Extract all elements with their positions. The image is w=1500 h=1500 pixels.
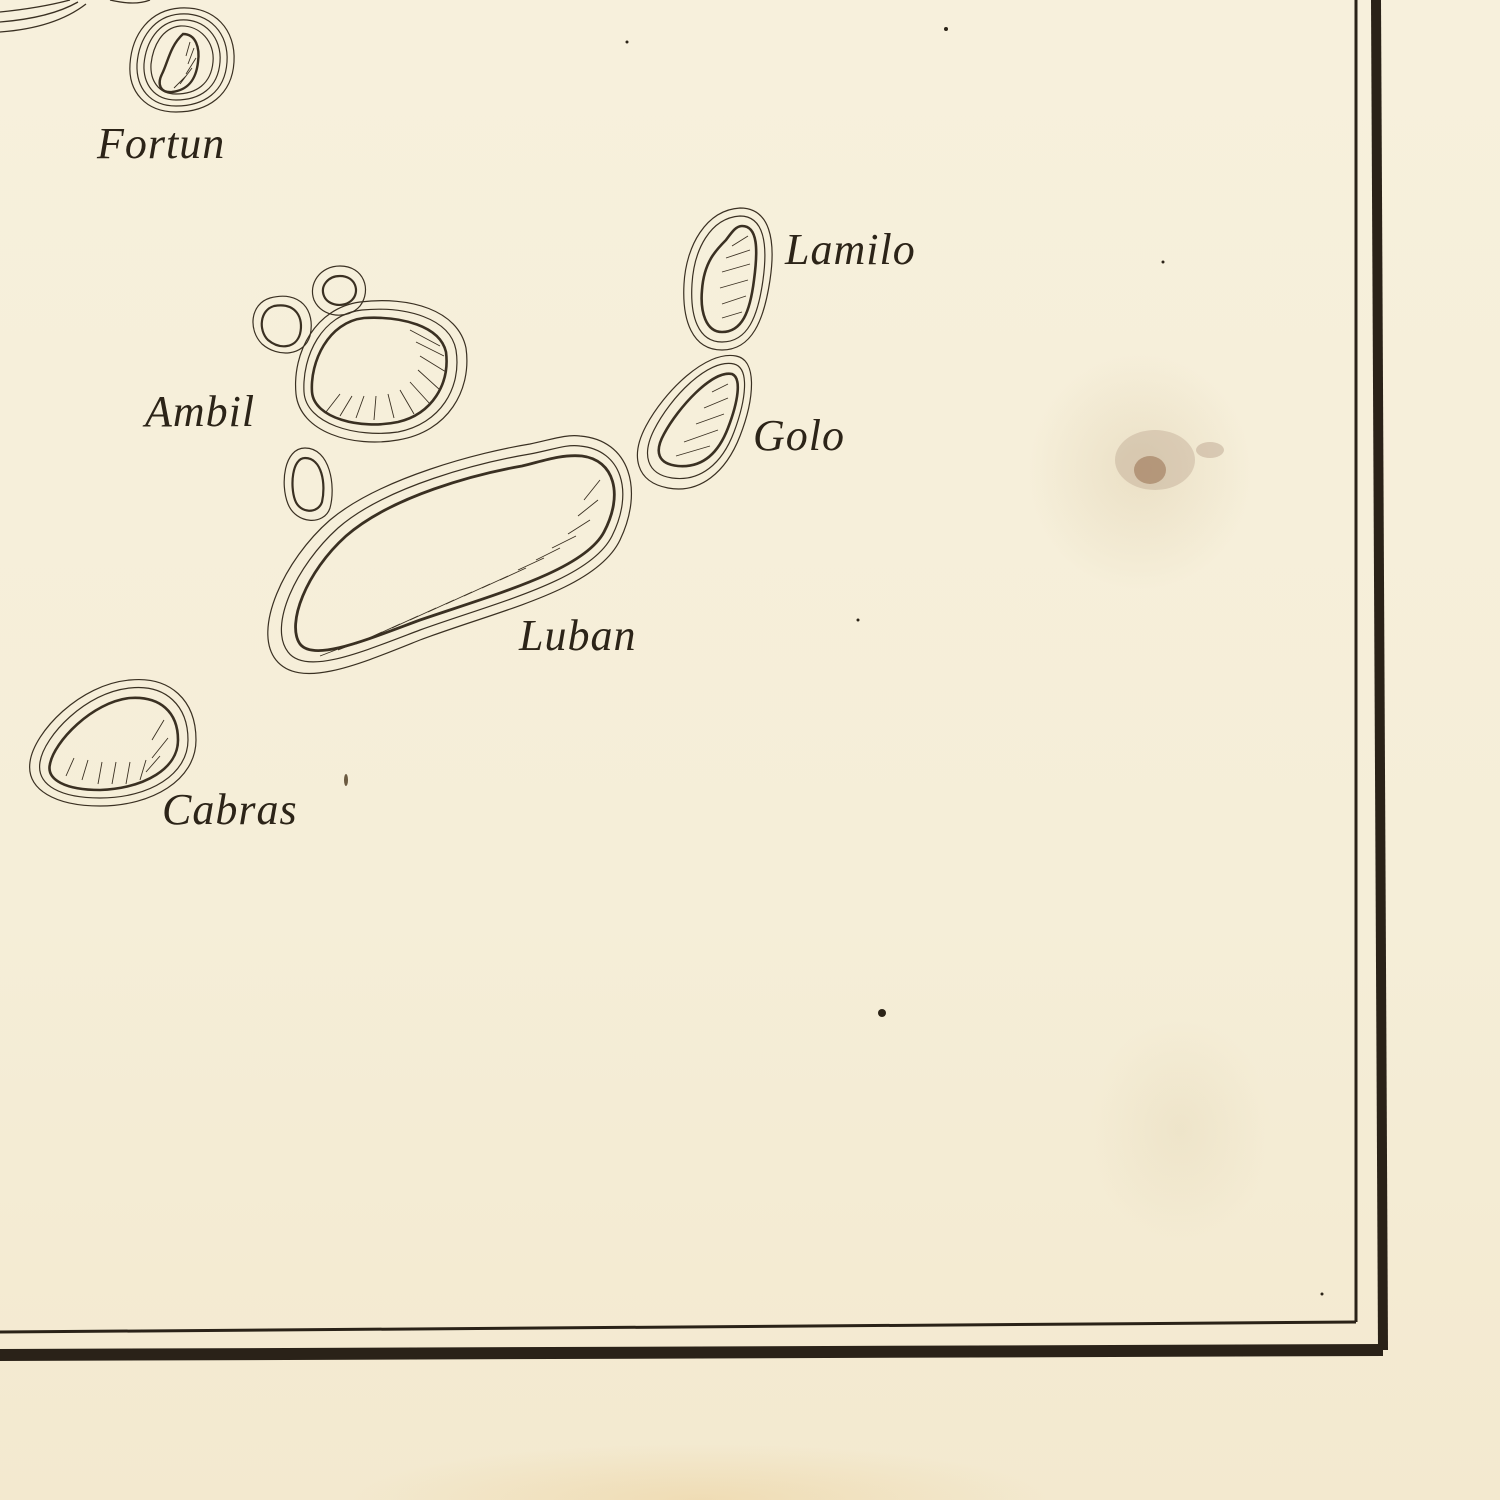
map-engraving [0,0,1500,1500]
label-cabras: Cabras [162,788,298,832]
island-fortun-shape [130,8,234,112]
label-golo: Golo [753,414,845,458]
label-ambil: Ambil [145,390,255,434]
label-fortun: Fortun [97,122,225,166]
label-luban: Luban [519,614,636,658]
island-lamilo-shape [684,208,772,350]
map-sheet: Fortun Lamilo Ambil Golo Luban Cabras [0,0,1500,1500]
island-ambil-shape [253,266,467,520]
stain [1115,430,1224,490]
map-border [0,0,1383,1355]
island-golo-shape [637,355,751,489]
label-lamilo: Lamilo [785,228,916,272]
paper-specks [344,27,1324,1296]
partial-island-top-left [0,0,150,32]
